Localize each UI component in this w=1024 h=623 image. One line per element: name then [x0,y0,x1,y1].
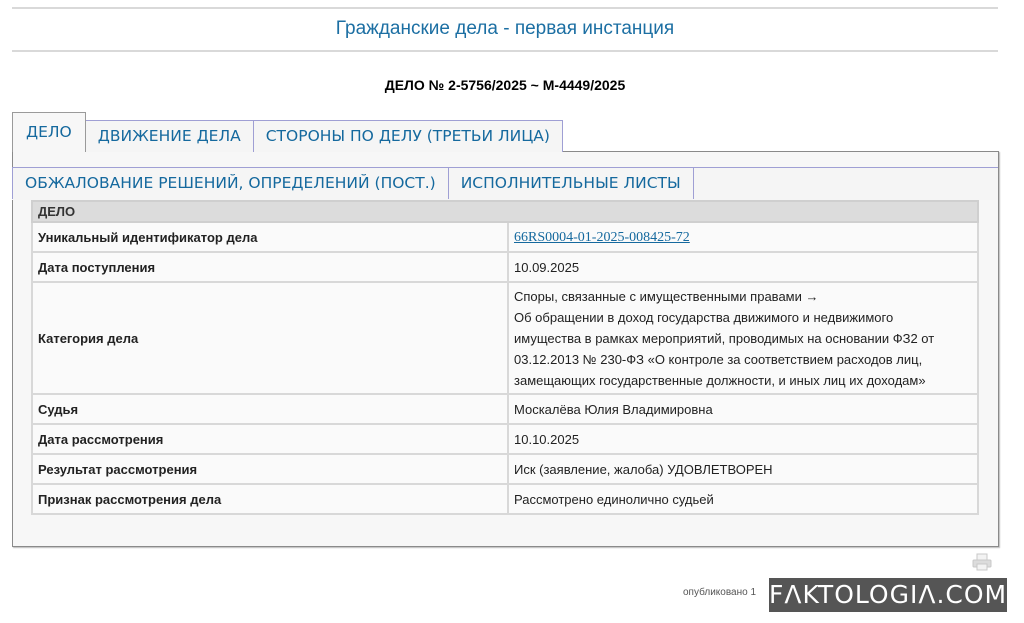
tab-appeals[interactable]: ОБЖАЛОВАНИЕ РЕШЕНИЙ, ОПРЕДЕЛЕНИЙ (ПОСТ.) [12,167,449,199]
uid-link[interactable]: 66RS0004-01-2025-008425-72 [514,230,690,245]
category-line: имущества в рамках мероприятий, проводим… [514,328,972,349]
printer-icon[interactable] [972,553,992,571]
table-header-row: ДЕЛО [32,201,978,222]
section-title: Гражданские дела - первая инстанция [0,18,1010,40]
row-label-review-mode: Признак рассмотрения дела [32,484,508,514]
table-row: Уникальный идентификатор дела 66RS0004-0… [32,222,978,252]
row-value-result: Иск (заявление, жалоба) УДОВЛЕТВОРЕН [508,454,978,484]
row-label-judge: Судья [32,394,508,424]
title-divider [12,50,998,52]
tabs-row-1: ДЕЛО ДВИЖЕНИЕ ДЕЛА СТОРОНЫ ПО ДЕЛУ (ТРЕТ… [12,112,563,152]
category-line: 03.12.2013 № 230-ФЗ «О контроле за соотв… [514,349,972,370]
row-value-review-mode: Рассмотрено единолично судьей [508,484,978,514]
table-row: Признак рассмотрения дела Рассмотрено ед… [32,484,978,514]
row-label-uid: Уникальный идентификатор дела [32,222,508,252]
tab-case[interactable]: ДЕЛО [12,112,86,152]
case-info-table: ДЕЛО Уникальный идентификатор дела 66RS0… [31,200,979,515]
row-value-received: 10.09.2025 [508,252,978,282]
category-line: замещающих государственные должности, и … [514,370,972,391]
row-label-result: Результат рассмотрения [32,454,508,484]
row-label-category: Категория дела [32,282,508,394]
row-value-judge: Москалёва Юлия Владимировна [508,394,978,424]
table-row: Судья Москалёва Юлия Владимировна [32,394,978,424]
row-value-hearing-date: 10.10.2025 [508,424,978,454]
row-label-hearing-date: Дата рассмотрения [32,424,508,454]
tab-parties[interactable]: СТОРОНЫ ПО ДЕЛУ (ТРЕТЬИ ЛИЦА) [253,120,563,152]
row-value-uid: 66RS0004-01-2025-008425-72 [508,222,978,252]
tabs-row-2: ОБЖАЛОВАНИЕ РЕШЕНИЙ, ОПРЕДЕЛЕНИЙ (ПОСТ.)… [12,167,694,199]
table-row: Результат рассмотрения Иск (заявление, ж… [32,454,978,484]
top-divider [12,7,998,9]
row-value-category: Споры, связанные с имущественными правам… [508,282,978,394]
category-line: Об обращении в доход государства движимо… [514,307,972,328]
published-text: опубликовано 1 [683,587,756,598]
table-header: ДЕЛО [32,201,978,222]
category-line: Споры, связанные с имущественными правам… [514,286,972,307]
table-row: Дата поступления 10.09.2025 [32,252,978,282]
table-row: Дата рассмотрения 10.10.2025 [32,424,978,454]
watermark-logo: FΛKTOLOGIΛ.COM [769,578,1007,612]
row-label-received: Дата поступления [32,252,508,282]
table-row: Категория дела Споры, связанные с имущес… [32,282,978,394]
case-title: ДЕЛО № 2-5756/2025 ~ М-4449/2025 [0,77,1010,93]
tab-writs[interactable]: ИСПОЛНИТЕЛЬНЫЕ ЛИСТЫ [448,167,694,199]
tab-case-movement[interactable]: ДВИЖЕНИЕ ДЕЛА [85,120,254,152]
